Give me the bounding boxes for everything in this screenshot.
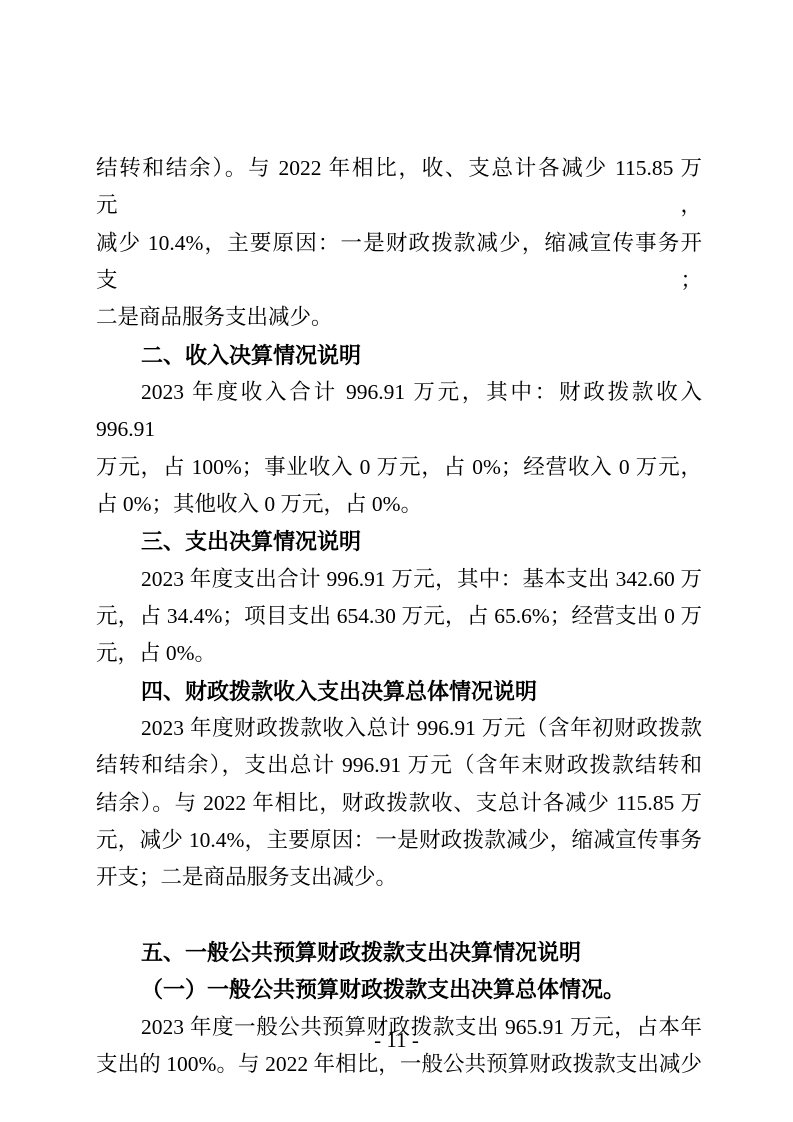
- text-line: 万元，占 100%；事业收入 0 万元，占 0%；经营收入 0 万元，: [96, 449, 702, 486]
- subheading-5-1-overall: （一）一般公共预算财政拨款支出决算总体情况。: [96, 971, 702, 1008]
- heading-section-5-general-public-budget: 五、一般公共预算财政拨款支出决算情况说明: [96, 934, 702, 971]
- blank-line: [96, 897, 702, 934]
- heading-section-2-income: 二、收入决算情况说明: [96, 337, 702, 374]
- text-line: 开支；二是商品服务支出减少。: [96, 859, 702, 896]
- heading-section-4-fiscal-appropriation: 四、财政拨款收入支出决算总体情况说明: [96, 673, 702, 710]
- text-line: 2023 年度财政拨款收入总计 996.91 万元（含年初财政拨款: [96, 710, 702, 747]
- text-line: 结转和结余）。与 2022 年相比，收、支总计各减少 115.85 万元，: [96, 150, 702, 225]
- text-line: 元，占 34.4%；项目支出 654.30 万元，占 65.6%；经营支出 0 …: [96, 598, 702, 635]
- text-line: 结转和结余），支出总计 996.91 万元（含年末财政拨款结转和: [96, 747, 702, 784]
- document-body: 结转和结余）。与 2022 年相比，收、支总计各减少 115.85 万元， 减少…: [96, 150, 702, 1083]
- text-line: 二是商品服务支出减少。: [96, 299, 702, 336]
- document-page: 结转和结余）。与 2022 年相比，收、支总计各减少 115.85 万元， 减少…: [0, 0, 793, 1122]
- text-line: 占 0%；其他收入 0 万元，占 0%。: [96, 486, 702, 523]
- text-line: 2023 年度支出合计 996.91 万元，其中：基本支出 342.60 万: [96, 561, 702, 598]
- text-line: 元，占 0%。: [96, 635, 702, 672]
- text-line: 元，减少 10.4%，主要原因：一是财政拨款减少，缩减宣传事务: [96, 822, 702, 859]
- text-line: 减少 10.4%，主要原因：一是财政拨款减少，缩减宣传事务开支；: [96, 225, 702, 300]
- text-line: 2023 年度收入合计 996.91 万元，其中：财政拨款收入 996.91: [96, 374, 702, 449]
- heading-section-3-expenditure: 三、支出决算情况说明: [96, 523, 702, 560]
- text-line: 结余）。与 2022 年相比，财政拨款收、支总计各减少 115.85 万: [96, 785, 702, 822]
- page-number: - 11 -: [0, 1028, 793, 1053]
